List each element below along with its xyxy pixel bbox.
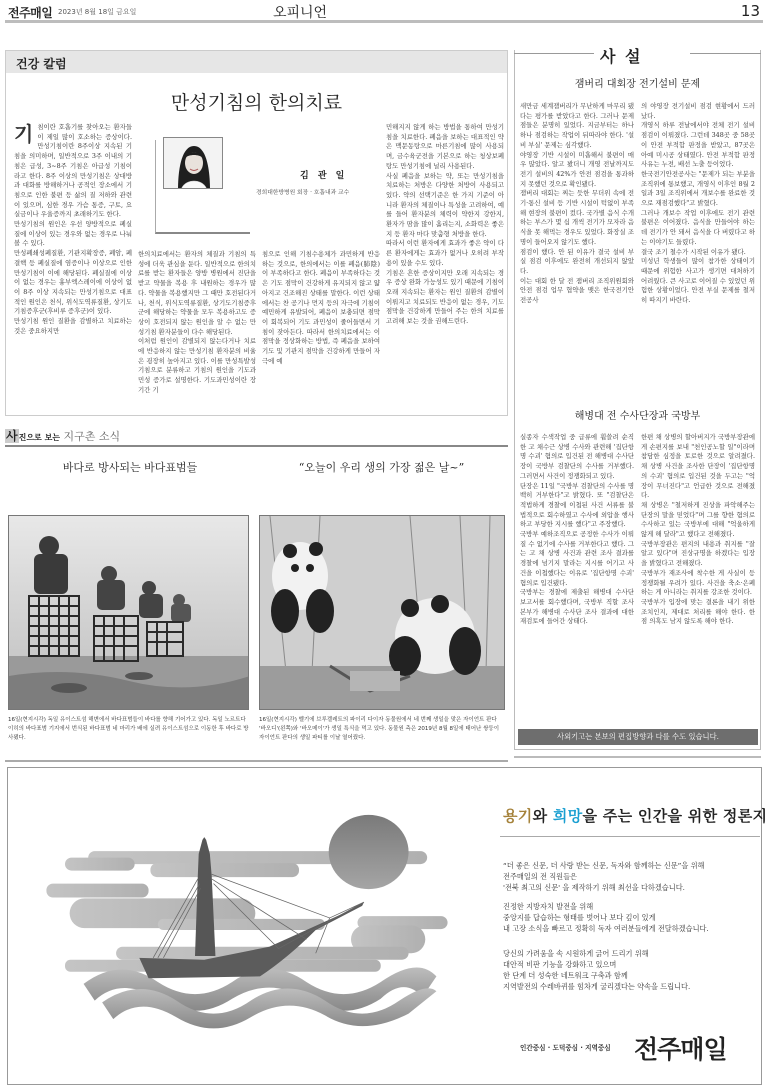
content-divider [5,760,508,762]
editorial2-text-col2: 한편 채 상병의 할아버지가 국방부장관에게 손편지를 보내 "천인공노할 일"… [641,433,755,723]
ad-paragraph-3: 당신의 가려움을 속 시원하게 긁어 드리기 위해 대안적 비판 기능을 강화하… [503,948,690,992]
photo-news-divider [5,445,508,447]
seal-release-photo [8,515,249,710]
ship-illustration [25,800,495,1060]
panda-photo [259,515,505,710]
editorial-rule-right [690,53,761,54]
ad-headline-hope: 희망 [553,807,583,825]
photo-news-label-initial: 사 [5,429,19,443]
ad-line: 한 단계 더 성숙한 네트워크 구축과 함께 [503,970,690,981]
editorial1-text-col2: 의 야영장 전기설비 점검 현황에서 드러났다. 개영식 하루 전날에서야 전체… [641,102,755,382]
ad-line: 전주매일의 전 직원들은 [503,871,705,882]
editorial-label: 사 설 [600,44,642,67]
ad-line: 내 고장 소식을 빠르고 정확히 독자 여러분들에게 전달하겠습니다. [503,923,709,934]
column-body-1: 침이란 호흡기를 찾아오는 환자들이 제일 많이 호소하는 증상이다. 만성기침… [14,123,132,335]
ad-headline-rule [500,836,760,837]
section-title: 오피니언 [0,2,540,22]
ad-tagline: 인간중심 · 도덕중심 · 지역중심 [520,1042,611,1052]
ad-line: 중앙지를 답습하는 형태를 벗어나 보다 깊이 있게 [503,912,709,923]
photo-news-label-small: 진으로 보는 [19,433,60,442]
editorial1-headline: 잼버리 대회장 전기설비 문제 [514,75,761,90]
seal-crates-image-icon [9,516,249,710]
ad-line: 지역발전의 수레바퀴를 힘차게 굴리겠다는 약속을 드립니다. [503,981,690,992]
ad-headline-conj: 와 [533,807,553,825]
section-title-text: 오피니언 [273,2,327,22]
ad-line: '전북 최고의 신문' 을 제작하기 위해 최선을 다하겠습니다. [503,882,705,893]
ad-headline-courage: 용기 [503,807,533,825]
editorial-bottom-rule [514,756,761,758]
ad-paragraph-2: 진정한 지방자치 발전을 위해 중앙지를 답습하는 형태를 벗어나 보다 깊이 … [503,901,709,934]
editorial1-text-col1: 새만금 세계잼버리가 무난하게 마무리 됐다는 평가를 받았다고 한다. 그러나… [520,102,634,382]
photo2-title: “오늘이 우리 생의 가장 젊은 날~” [255,459,508,475]
dropcap: 기 [14,124,33,144]
ad-line: 당신의 가려움을 속 시원하게 긁어 드리기 위해 [503,948,690,959]
ad-paragraph-1: “더 좋은 신문, 더 사랑 받는 신문, 독자와 함께하는 신문”을 위해 전… [503,860,705,893]
photo2-caption: 16일(현지시각) 벨기에 브루겔레트의 파이리 다이자 동물원에서 네 번째 … [259,716,505,743]
header-divider [5,20,763,23]
ad-headline-rest: 을 주는 인간을 위한 정론지 [583,807,768,825]
column-text-col2: 한의치료에서는 환자의 체질과 기침의 특성에 더욱 관심을 둔다. 일반적으로… [138,250,256,413]
column-text-col4: 민해지지 않게 하는 방법을 통하여 만성기침을 치료한다. 폐음을 보하는 대… [386,123,504,413]
editorial-disclaimer: 사외기고는 본보의 편집방향과 다를 수도 있습니다. [518,729,758,745]
editorial2-text-col1: 실종자 수색작업 중 급류에 휩쓸려 순직한 고 채수근 상병 수사와 관련해 … [520,433,634,723]
author-title: 경희대한방병원 회장 · 호흡내과 교수 [256,187,349,196]
sailing-ship-illustration-icon [25,800,495,1060]
author-portrait-icon [164,138,223,189]
column-text-col3: 침으로 인해 기침수용체가 과민하게 반응하는 것으로, 한의에서는 이를 폐음… [262,250,380,413]
column-text-col1: 기침이란 호흡기를 찾아오는 환자들이 제일 많이 호소하는 증상이다. 만성기… [14,123,132,413]
ad-logo: 전주매일 [634,1030,727,1066]
editorial-rule-left [514,53,594,54]
ad-line: 대안적 비판 기능을 강화하고 있으며 [503,959,690,970]
ad-line: 진정한 지방자치 발전을 위해 [503,901,709,912]
photo1-caption: 16일(현지시각) 독일 유이스트섬 해변에서 바다표범들이 바다를 향해 기어… [8,716,251,743]
column-headline: 만성기침의 한의치료 [5,88,508,115]
author-portrait [163,137,223,189]
photo1-title: 바다로 방사되는 바다표범들 [5,459,255,475]
photo-news-label: 사진으로 보는 지구촌 소식 [5,427,120,444]
editorial2-headline: 해병대 전 수사단장과 국방부 [514,407,761,422]
column-label: 건강 칼럼 [6,51,507,73]
page-number: 13 [741,2,760,20]
panda-birthday-image-icon [260,516,505,710]
author-name: 김 관 일 [300,168,347,181]
ad-headline: 용기와 희망을 주는 인간을 위한 정론지 [503,805,767,826]
ad-line: “더 좋은 신문, 더 사랑 받는 신문, 독자와 함께하는 신문”을 위해 [503,860,705,871]
photo-news-label-grey: 지구촌 소식 [64,430,121,443]
